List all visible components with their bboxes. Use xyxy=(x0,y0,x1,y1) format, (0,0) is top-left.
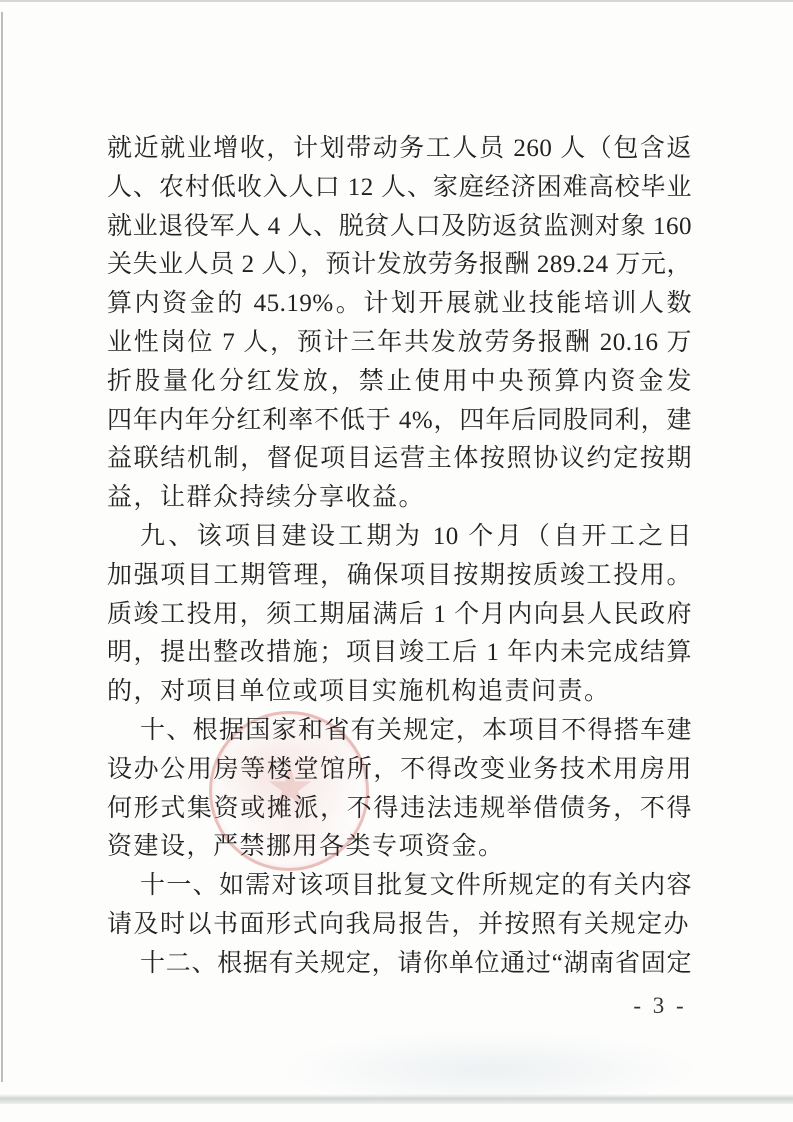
text-line: 人、农村低收入人口 12 人、家庭经济困难高校毕业生 2 人，未 xyxy=(107,169,692,208)
text-line: 十一、如需对该项目批复文件所规定的有关内容进行调整， xyxy=(107,867,692,906)
text-line: 十二、根据有关规定，请你单位通过“湖南省固定资产投资 xyxy=(107,945,692,984)
text-line: 业性岗位 7 人，预计三年共发放劳务报酬 20.16 万元，通过资产 xyxy=(107,324,692,363)
text-line: 关失业人员 2 人），预计发放劳务报酬 289.24 万元，占中央预 xyxy=(107,246,692,285)
text-line: 益，让群众持续分享收益。 xyxy=(107,479,692,518)
text-line: 九、该项目建设工期为 10 个月（自开工之日起），请切实 xyxy=(107,518,692,557)
text-line: 请及时以书面形式向我局报告，并按照有关规定办理。 xyxy=(107,906,692,945)
text-line: 就近就业增收，计划带动务工人员 260 人（包含返乡农民工 80 xyxy=(107,130,692,169)
scan-edge-left xyxy=(1,12,3,1082)
text-line: 算内资金的 45.19%。计划开展就业技能培训人数 260 人。设置产 xyxy=(107,285,692,324)
text-line: 四年内年分红利率不低于 4%，四年后同股同利，建立合理的利 xyxy=(107,402,692,441)
scan-edge-top xyxy=(0,0,793,2)
text-line: 资建设，严禁挪用各类专项资金。 xyxy=(107,828,692,867)
text-line: 的，对项目单位或项目实施机构追责问责。 xyxy=(107,673,692,712)
text-line: 明，提出整改措施；项目竣工后 1 年内未完成结算造成项目超概 xyxy=(107,634,692,673)
page-number: - 3 - xyxy=(628,993,692,1019)
text-line: 加强项目工期管理，确保项目按期按质竣工投用。如不能按期按 xyxy=(107,557,692,596)
text-line: 十、根据国家和省有关规定，本项目不得搭车建设或变相建 xyxy=(107,712,692,751)
text-line: 质竣工投用，须工期届满后 1 个月内向县人民政府作出书面说 xyxy=(107,596,692,635)
text-line: 就业退役军人 4 人、脱贫人口及防返贫监测对象 160 人、城镇相 xyxy=(107,208,692,247)
text-line: 益联结机制，督促项目运营主体按照协议约定按期支付分红收 xyxy=(107,440,692,479)
text-line: 设办公用房等楼堂馆所，不得改变业务技术用房用途，不得搞任 xyxy=(107,751,692,790)
scan-smudge-artifact xyxy=(280,1030,700,1096)
scanned-document-page: 就近就业增收，计划带动务工人员 260 人（包含返乡农民工 80 人、农村低收入… xyxy=(0,0,793,1122)
text-line: 何形式集资或摊派，不得违法违规举借债务，不得由施工单位垫 xyxy=(107,790,692,829)
text-line: 折股量化分红发放，禁止使用中央预算内资金发放。项目建成后， xyxy=(107,363,692,402)
scan-edge-bottom xyxy=(0,1094,793,1104)
body-text: 就近就业增收，计划带动务工人员 260 人（包含返乡农民工 80 人、农村低收入… xyxy=(107,130,692,984)
